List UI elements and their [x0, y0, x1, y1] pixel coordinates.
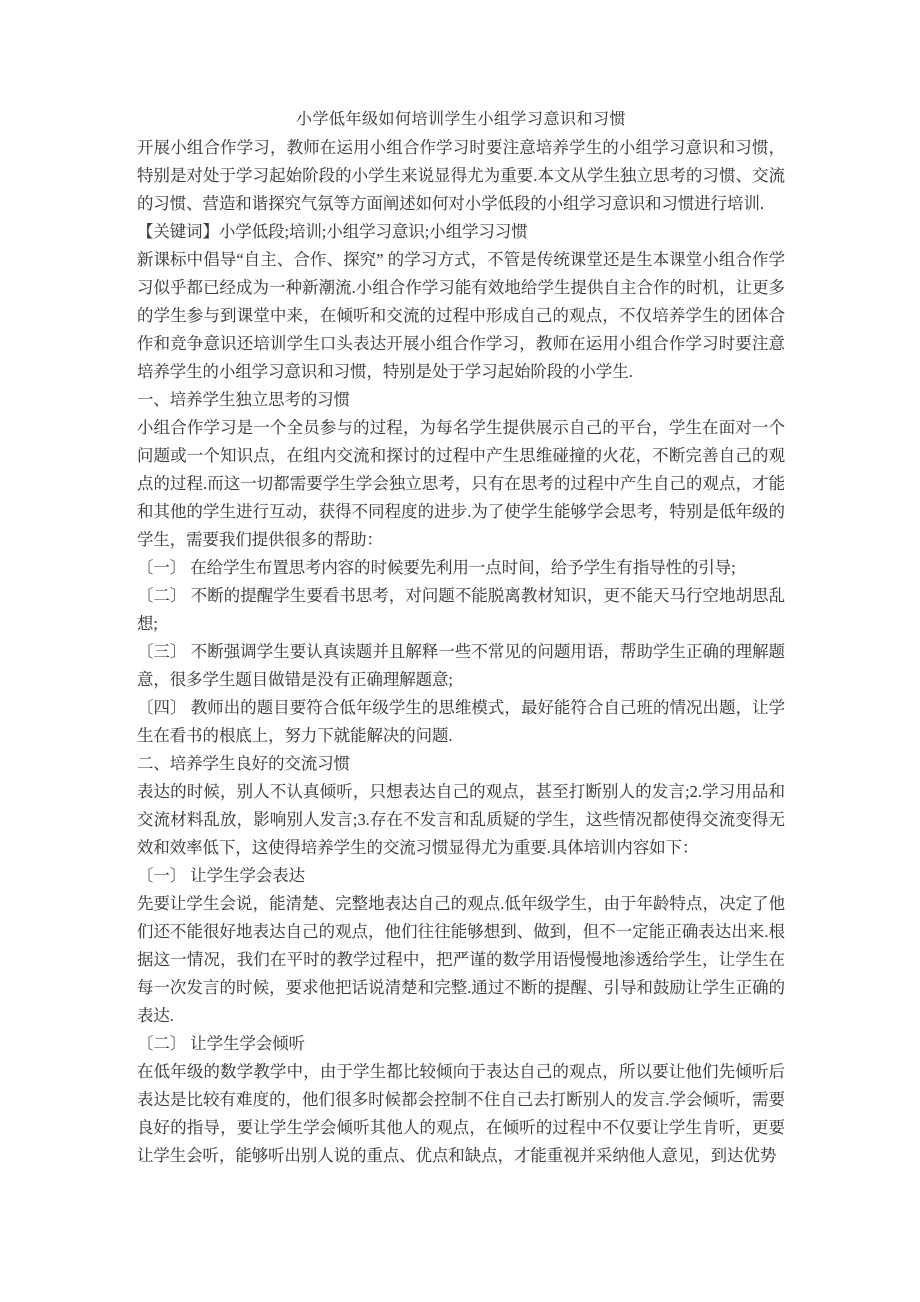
sub-heading-listen: 〔二〕 让学生学会倾听	[137, 1030, 785, 1058]
paragraph-abstract: 开展小组合作学习，教师在运用小组合作学习时要注意培养学生的小组学习意识和习惯，特…	[137, 134, 785, 218]
list-item-2: 〔二〕 不断的提醒学生要看书思考，对问题不能脱离教材知识，更不能天马行空地胡思乱…	[137, 582, 785, 638]
paragraph-section2-body: 表达的时候，别人不认真倾听，只想表达自己的观点，甚至打断别人的发言;2.学习用品…	[137, 778, 785, 862]
sub-heading-express: 〔一〕 让学生学会表达	[137, 862, 785, 890]
list-item-3: 〔三〕 不断强调学生要认真读题并且解释一些不常见的问题用语，帮助学生正确的理解题…	[137, 638, 785, 694]
paragraph-introduction: 新课标中倡导“自主、合作、探究” 的学习方式，不管是传统课堂还是生本课堂小组合作…	[137, 246, 785, 386]
keywords-line: 【关键词】小学低段;培训;小组学习意识;小组学习习惯	[137, 218, 785, 246]
document-title: 小学低年级如何培训学生小组学习意识和习惯	[137, 106, 785, 134]
document-content: 小学低年级如何培训学生小组学习意识和习惯 开展小组合作学习，教师在运用小组合作学…	[137, 106, 785, 1170]
document-page: 小学低年级如何培训学生小组学习意识和习惯 开展小组合作学习，教师在运用小组合作学…	[0, 0, 920, 1302]
paragraph-section1-body: 小组合作学习是一个全员参与的过程，为每名学生提供展示自己的平台，学生在面对一个问…	[137, 414, 785, 554]
list-item-1: 〔一〕 在给学生布置思考内容的时候要先利用一点时间，给予学生有指导性的引导;	[137, 554, 785, 582]
list-item-4: 〔四〕 教师出的题目要符合低年级学生的思维模式，最好能符合自己班的情况出题，让学…	[137, 694, 785, 750]
paragraph-listen-body: 在低年级的数学教学中，由于学生都比较倾向于表达自己的观点，所以要让他们先倾听后表…	[137, 1058, 785, 1170]
section-heading-1: 一、培养学生独立思考的习惯	[137, 386, 785, 414]
section-heading-2: 二、培养学生良好的交流习惯	[137, 750, 785, 778]
paragraph-express-body: 先要让学生会说，能清楚、完整地表达自己的观点.低年级学生，由于年龄特点，决定了他…	[137, 890, 785, 1030]
